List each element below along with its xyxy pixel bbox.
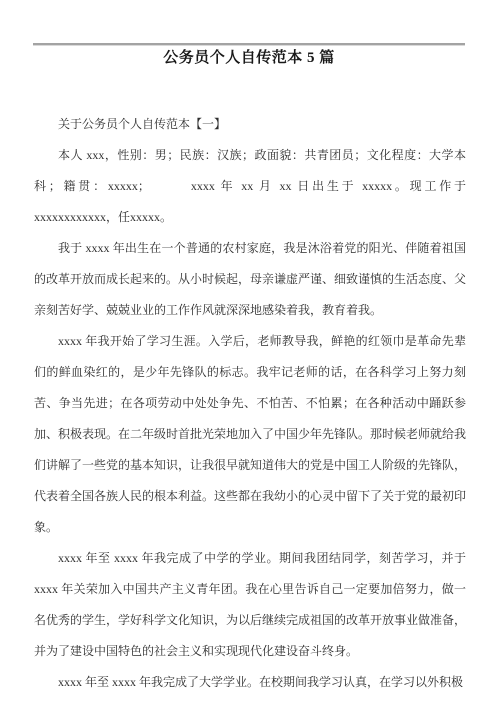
title-divider xyxy=(33,43,465,46)
paragraph-university: xxxx 年至 xxxx 年我完成了大学学业。在校期间我学习认真，在学习以外积极 xyxy=(34,667,466,698)
section-heading: 关于公务员个人自传范本【一】 xyxy=(34,109,466,140)
document-body: 关于公务员个人自传范本【一】 本人 xxx，性别：男；民族：汉族；政面貌：共青团… xyxy=(34,109,466,698)
paragraph-family-background: 我于 xxxx 年出生在一个普通的农村家庭，我是沐浴着党的阳光、伴随着祖国的改革… xyxy=(34,233,466,326)
paragraph-middle-school: xxxx 年至 xxxx 年我完成了中学的学业。期间我团结同学，刻苦学习，并于x… xyxy=(34,543,466,667)
paragraph-primary-school: xxxx 年我开始了学习生涯。入学后，老师教导我，鲜艳的红领巾是革命先辈们的鲜血… xyxy=(34,326,466,543)
paragraph-personal-info: 本人 xxx，性别：男；民族：汉族；政面貌：共青团员；文化程度：大学本科；籍贯：… xyxy=(34,140,466,233)
document-page: 公务员个人自传范本 5 篇 关于公务员个人自传范本【一】 本人 xxx，性别：男… xyxy=(0,0,500,708)
document-title: 公务员个人自传范本 5 篇 xyxy=(33,47,465,69)
